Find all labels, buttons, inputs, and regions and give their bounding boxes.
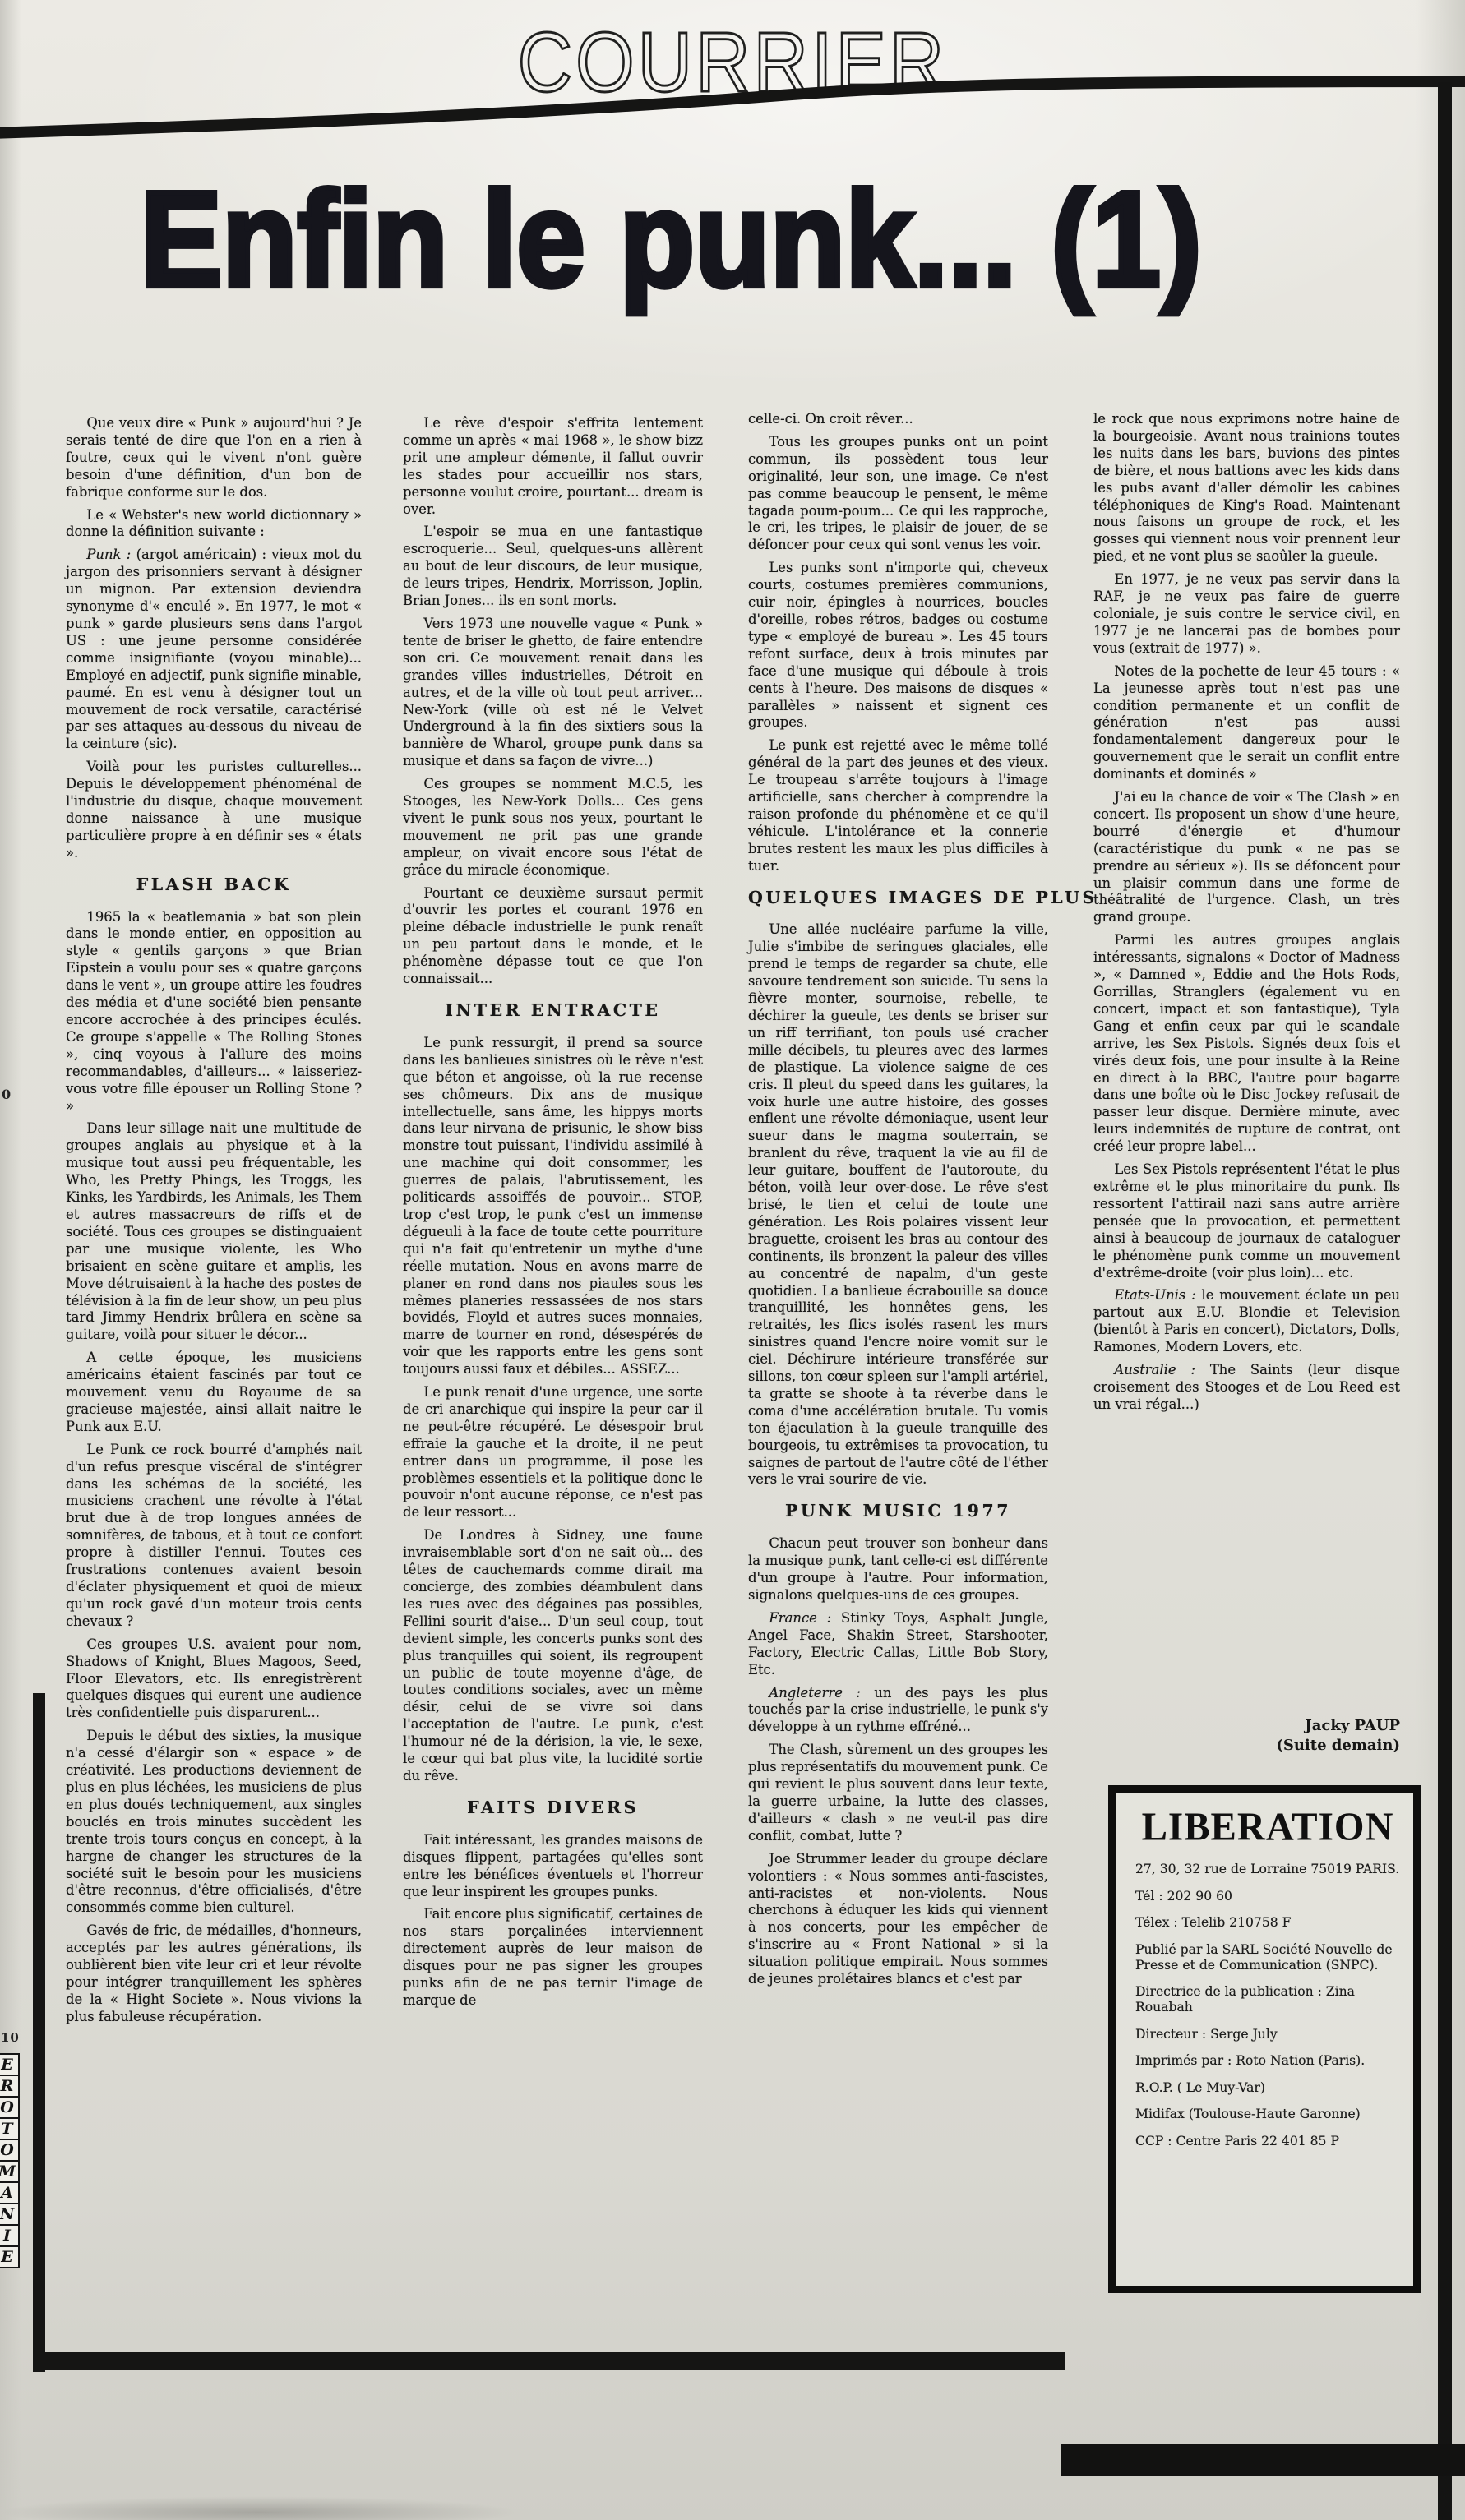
newspaper-page: { "masthead": { "text": "COURRIER" }, "h… [0, 0, 1465, 2520]
byline: Jacky PAUP (Suite demain) [1093, 1716, 1400, 1756]
paragraph: Australie : The Saints (leur disque croi… [1093, 1362, 1400, 1414]
paragraph: Punk : (argot américain) : vieux mot du … [66, 547, 362, 753]
paragraph: Parmi les autres groupes anglais intéres… [1093, 932, 1400, 1156]
section-heading: INTER ENTRACTE [403, 1002, 703, 1019]
column-2: Le rêve d'espoir s'effrita lentement com… [403, 415, 703, 2015]
paragraph: Ces groupes se nomment M.C.5, les Stooge… [403, 776, 703, 879]
section-heading: FLASH BACK [66, 876, 362, 893]
paragraph: A cette époque, les musiciens américains… [66, 1350, 362, 1436]
paragraph: J'ai eu la chance de voir « The Clash » … [1093, 789, 1400, 926]
byline-author: Jacky PAUP [1093, 1716, 1400, 1736]
paragraph: Le punk est rejetté avec le même tollé g… [748, 737, 1048, 875]
paragraph-lead: Angleterre : [769, 1685, 874, 1701]
column-4: le rock que nous exprimons notre haine d… [1093, 411, 1400, 1419]
section-heading: QUELQUES IMAGES DE PLUS [748, 889, 1048, 907]
infobox-line: Tél : 202 90 60 [1135, 1889, 1400, 1904]
section-heading: FAITS DIVERS [403, 1799, 703, 1816]
paragraph: Une allée nucléaire parfume la ville, Ju… [748, 921, 1048, 1488]
scan-border-bottom [33, 2352, 1065, 2370]
infobox-line: Télex : Telelib 210758 F [1135, 1915, 1400, 1931]
infobox-line: Directeur : Serge July [1135, 2027, 1400, 2042]
paragraph: Chacun peut trouver son bonheur dans la … [748, 1535, 1048, 1604]
paragraph-lead: Etats-Unis : [1114, 1287, 1201, 1303]
paragraph: Dans leur sillage nait une multitude de … [66, 1120, 362, 1344]
infobox-line: Midifax (Toulouse-Haute Garonne) [1135, 2107, 1400, 2122]
paragraph: Joe Strummer leader du groupe déclare vo… [748, 1851, 1048, 1988]
edge-letter: T [0, 2117, 20, 2140]
infobox-line: 27, 30, 32 rue de Lorraine 75019 PARIS. [1135, 1862, 1400, 1877]
paragraph: Les Sex Pistols représentent l'état le p… [1093, 1161, 1400, 1281]
paragraph: Angleterre : un des pays les plus touché… [748, 1685, 1048, 1737]
paragraph: L'espoir se mua en une fantastique escro… [403, 524, 703, 610]
paragraph: Le « Webster's new world dictionnary » d… [66, 507, 362, 542]
paragraph: Gavés de fric, de médailles, d'honneurs,… [66, 1922, 362, 2025]
edge-letter: I [0, 2224, 20, 2247]
headline: Enfin le punk... (1) [140, 161, 1373, 317]
paragraph: Que veux dire « Punk » aujourd'hui ? Je … [66, 415, 362, 501]
infobox-line: Imprimés par : Roto Nation (Paris). [1135, 2053, 1400, 2069]
infobox-line: R.O.P. ( Le Muy-Var) [1135, 2080, 1400, 2096]
edge-letter: M [0, 2160, 20, 2183]
paragraph: le rock que nous exprimons notre haine d… [1093, 411, 1400, 565]
scan-border-left [33, 1693, 45, 2372]
paragraph: Le punk ressurgit, il prend sa source da… [403, 1035, 703, 1378]
infobox-liberation: LIBERATION 27, 30, 32 rue de Lorraine 75… [1108, 1785, 1421, 2293]
paragraph: Ces groupes U.S. avaient pour nom, Shado… [66, 1636, 362, 1723]
paragraph: Le punk renait d'une urgence, une sorte … [403, 1384, 703, 1521]
paragraph: Le rêve d'espoir s'effrita lentement com… [403, 415, 703, 518]
paragraph: Tous les groupes punks ont un point comm… [748, 434, 1048, 554]
edge-letter: O [0, 2139, 20, 2162]
paragraph: Les punks sont n'importe qui, cheveux co… [748, 560, 1048, 732]
edge-letter: N [0, 2203, 20, 2226]
paragraph: Etats-Unis : le mouvement éclate un peu … [1093, 1287, 1400, 1356]
edge-letter: R [0, 2075, 20, 2098]
infobox-line: Directrice de la publication : Zina Roua… [1135, 1984, 1400, 2015]
paragraph: Notes de la pochette de leur 45 tours : … [1093, 663, 1400, 783]
infobox-lines: 27, 30, 32 rue de Lorraine 75019 PARIS.T… [1135, 1862, 1400, 2149]
paragraph: The Clash, sûrement un des groupes les p… [748, 1742, 1048, 1844]
paragraph: 1965 la « beatlemania » bat son plein da… [66, 909, 362, 1115]
paragraph: France : Stinky Toys, Asphalt Jungle, An… [748, 1610, 1048, 1679]
edge-letter: E [0, 2245, 20, 2268]
paragraph-lead: France : [769, 1610, 841, 1626]
paragraph-lead: Punk : [86, 547, 136, 562]
paragraph: En 1977, je ne veux pas servir dans la R… [1093, 571, 1400, 658]
paragraph: Depuis le début des sixties, la musique … [66, 1728, 362, 1917]
column-3: celle-ci. On croit rêver...Tous les grou… [748, 411, 1048, 1994]
paragraph: Le Punk ce rock bourré d'amphés nait d'u… [66, 1442, 362, 1631]
byline-note: (Suite demain) [1093, 1736, 1400, 1756]
section-heading: PUNK MUSIC 1977 [748, 1502, 1048, 1520]
page-number: 10 [1, 2030, 20, 2045]
paragraph: Vers 1973 une nouvelle vague « Punk » te… [403, 616, 703, 770]
edge-vertical-letters: EROTOMANIE [0, 2055, 20, 2268]
paragraph: Fait intéressant, les grandes maisons de… [403, 1832, 703, 1901]
scan-border-bottom-right [1061, 2444, 1465, 2476]
infobox-title: LIBERATION [1135, 1804, 1400, 1850]
paragraph: De Londres à Sidney, une faune invraisem… [403, 1527, 703, 1785]
paragraph: Fait encore plus significatif, certaines… [403, 1906, 703, 2009]
infobox-line: CCP : Centre Paris 22 401 85 P [1135, 2134, 1400, 2149]
edge-letter: O [0, 2096, 20, 2119]
paragraph-lead: Australie : [1114, 1362, 1209, 1378]
scan-smudge [0, 2482, 740, 2520]
edge-letter: A [0, 2181, 20, 2204]
infobox-line: Publié par la SARL Société Nouvelle de P… [1135, 1942, 1400, 1973]
paragraph: celle-ci. On croit rêver... [748, 411, 1048, 428]
column-1: Que veux dire « Punk » aujourd'hui ? Je … [66, 415, 362, 2032]
paragraph: Pourtant ce deuxième sursaut permit d'ou… [403, 885, 703, 988]
edge-letter: E [0, 2053, 20, 2076]
paragraph: Voilà pour les puristes culturelles... D… [66, 759, 362, 861]
margin-mark-top: 0 [2, 1087, 11, 1102]
page-edge-right-bar [1438, 82, 1452, 2520]
